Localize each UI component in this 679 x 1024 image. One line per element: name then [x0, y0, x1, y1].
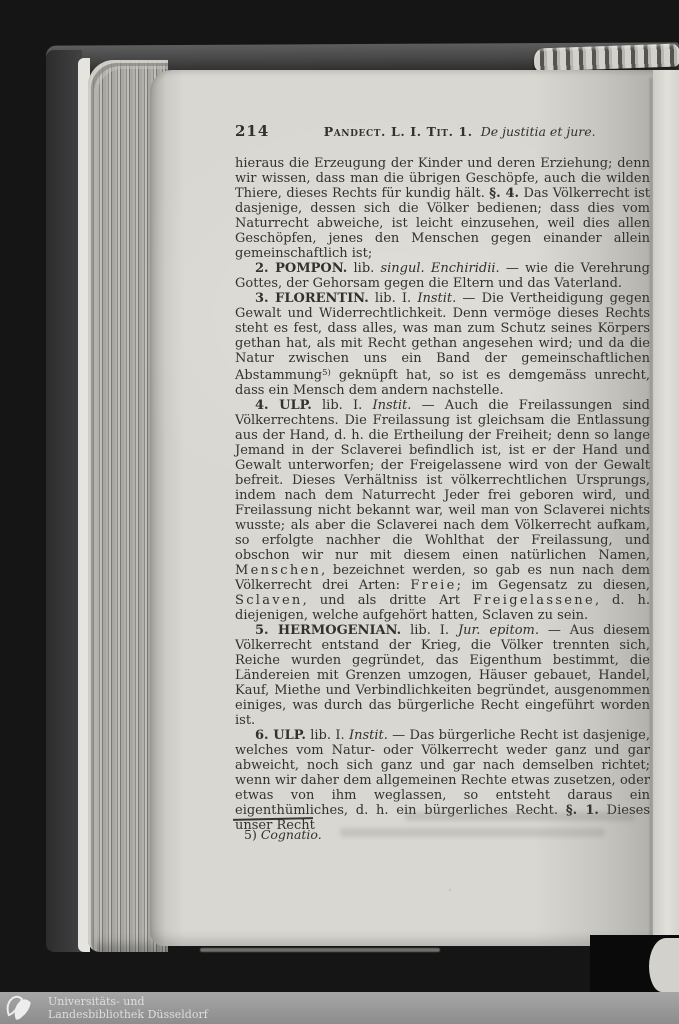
paragraph: hieraus die Erzeugung der Kinder und der…: [235, 156, 650, 261]
paragraph: 5. HERMOGENIAN. lib. I. Jur. epitom. — A…: [235, 623, 650, 728]
page-bottom-highlight: [200, 948, 440, 952]
book-cover-left-edge: [46, 50, 82, 952]
running-header: 214 Pandect. L. I. Tit. 1. De justitia e…: [235, 122, 650, 140]
paragraph: 2. POMPON. lib. singul. Enchiridii. — wi…: [235, 261, 650, 291]
header-title: Pandect. L. I. Tit. 1. De justitia et ju…: [269, 124, 650, 139]
footnote: 5) Cognatio.: [244, 827, 322, 842]
library-banner: Universitäts- und Landesbibliothek Düsse…: [0, 992, 679, 1024]
book-scan-photo: 214 Pandect. L. I. Tit. 1. De justitia e…: [0, 0, 679, 1024]
page-corner-curl: [649, 938, 679, 992]
library-logo-icon: [4, 993, 40, 1023]
library-name-line2: Landesbibliothek Düsseldorf: [48, 1008, 208, 1022]
printed-area: 214 Pandect. L. I. Tit. 1. De justitia e…: [150, 70, 679, 946]
header-title-caps: Pandect. L. I. Tit. 1.: [324, 124, 473, 139]
header-subtitle: De justitia et jure.: [481, 124, 596, 139]
library-name-line1: Universitäts- und: [48, 995, 208, 1009]
footnote-text: Cognatio.: [261, 827, 322, 842]
ink-bleedthrough: [405, 812, 635, 821]
page-number: 214: [235, 122, 269, 140]
body-text: hieraus die Erzeugung der Kinder und der…: [235, 156, 650, 833]
paragraph: 4. ULP. lib. I. Instit. — Auch die Freil…: [235, 398, 650, 623]
ink-bleedthrough: [340, 828, 605, 837]
library-name: Universitäts- und Landesbibliothek Düsse…: [48, 995, 208, 1022]
paragraph: 3. FLORENTIN. lib. I. Instit. — Die Vert…: [235, 291, 650, 398]
footnote-marker: 5): [244, 827, 261, 842]
book-page: 214 Pandect. L. I. Tit. 1. De justitia e…: [150, 70, 679, 946]
